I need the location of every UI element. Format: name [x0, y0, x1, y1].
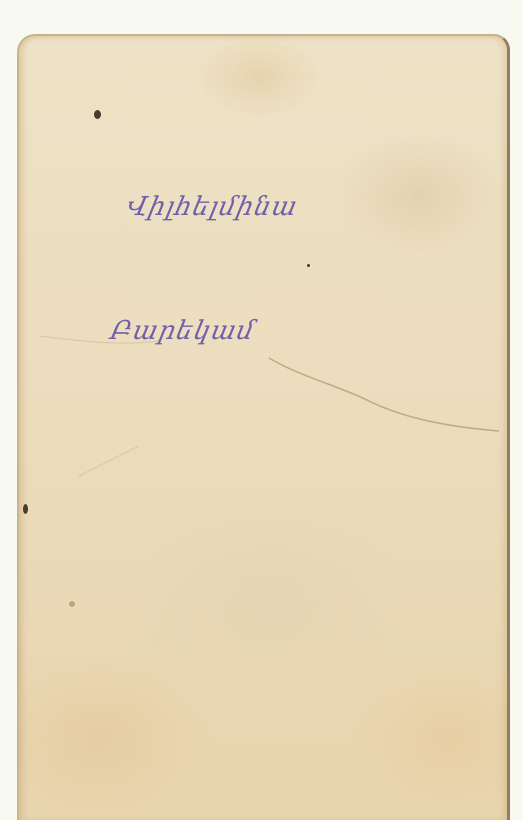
ink-spot	[307, 264, 310, 267]
inscription-line-2: Բարեկամ	[108, 316, 258, 346]
stain-mark	[69, 601, 75, 607]
ink-spot	[94, 110, 101, 119]
photo-card-back: Վիլհելմինա Բարեկամ	[17, 34, 510, 820]
inscription-line-1: Վիլհելմինա	[124, 192, 301, 222]
ink-spot	[23, 504, 28, 514]
paper-crack	[19, 36, 507, 820]
